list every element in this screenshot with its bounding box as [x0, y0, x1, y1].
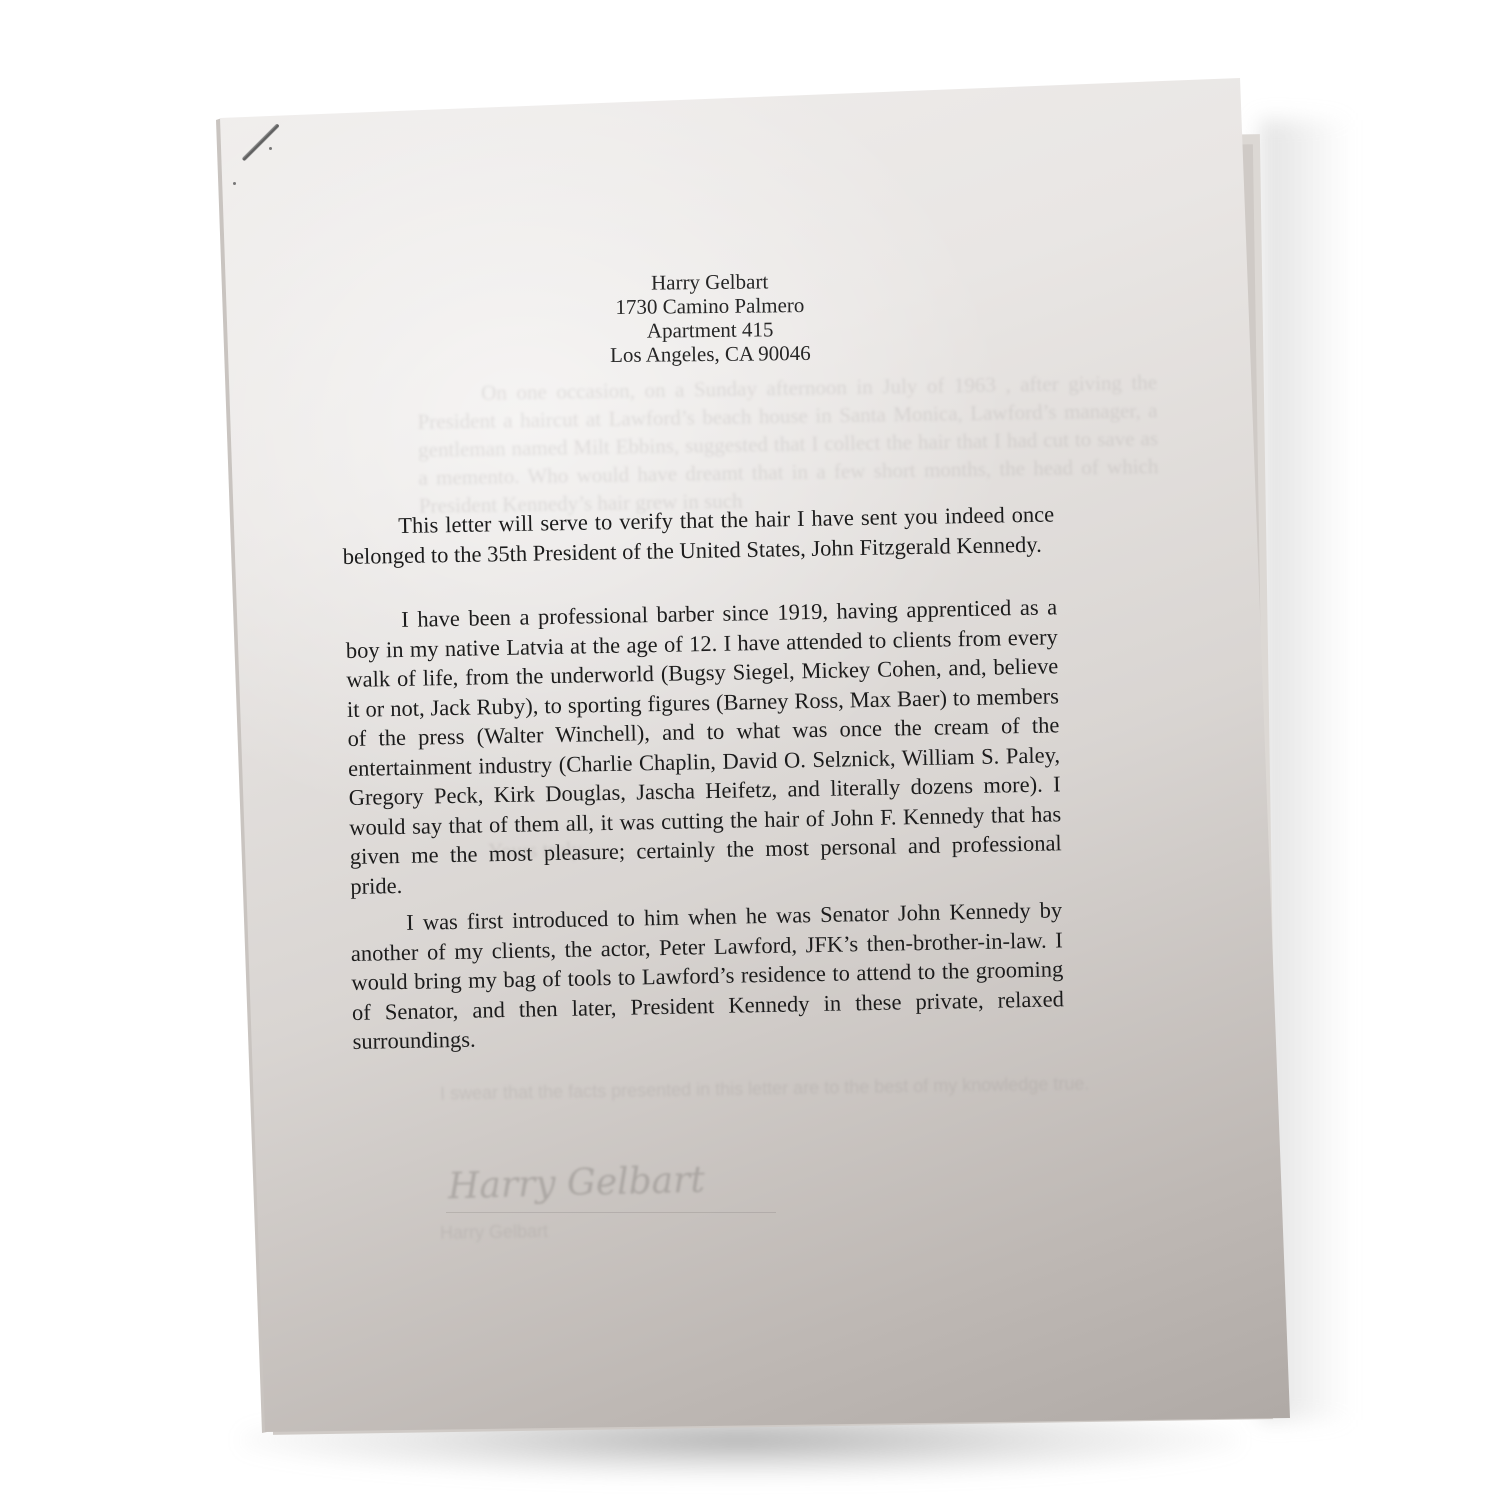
- letter-content: On one occasion, on a Sunday afternoon i…: [0, 0, 1512, 1512]
- bleed-through-paragraph: On one occasion, on a Sunday afternoon i…: [417, 368, 1159, 520]
- bleed-through-text: On one occasion, on a Sunday afternoon i…: [417, 370, 1158, 518]
- paragraph-text: This letter will serve to verify that th…: [343, 502, 1055, 569]
- bleed-through-signature-name: Harry Gelbart: [440, 1217, 548, 1247]
- signature-line: [446, 1212, 776, 1213]
- indent: [342, 533, 398, 534]
- sender-city: Los Angeles, CA 90046: [560, 340, 860, 367]
- photo-stage: On one occasion, on a Sunday afternoon i…: [0, 0, 1512, 1512]
- letter-paragraph: This letter will serve to verify that th…: [342, 500, 1055, 571]
- paragraph-text: I was first introduced to him when he wa…: [351, 897, 1064, 1054]
- sender-name: Harry Gelbart: [560, 268, 860, 295]
- letter-paragraph: I was first introduced to him when he wa…: [350, 895, 1065, 1056]
- letter-paragraph: I have been a professional barber since …: [345, 592, 1063, 901]
- paragraph-text: I have been a professional barber since …: [346, 594, 1062, 898]
- bleed-through-signature: Harry Gelbart: [448, 1167, 705, 1202]
- sender-address: Harry Gelbart 1730 Camino Palmero Apartm…: [560, 268, 861, 367]
- bleed-through-affirmation: I swear that the facts presented in this…: [440, 1068, 1160, 1107]
- sender-unit: Apartment 415: [560, 316, 860, 343]
- sender-street: 1730 Camino Palmero: [560, 292, 860, 319]
- indent: [345, 627, 401, 628]
- indent: [350, 930, 406, 931]
